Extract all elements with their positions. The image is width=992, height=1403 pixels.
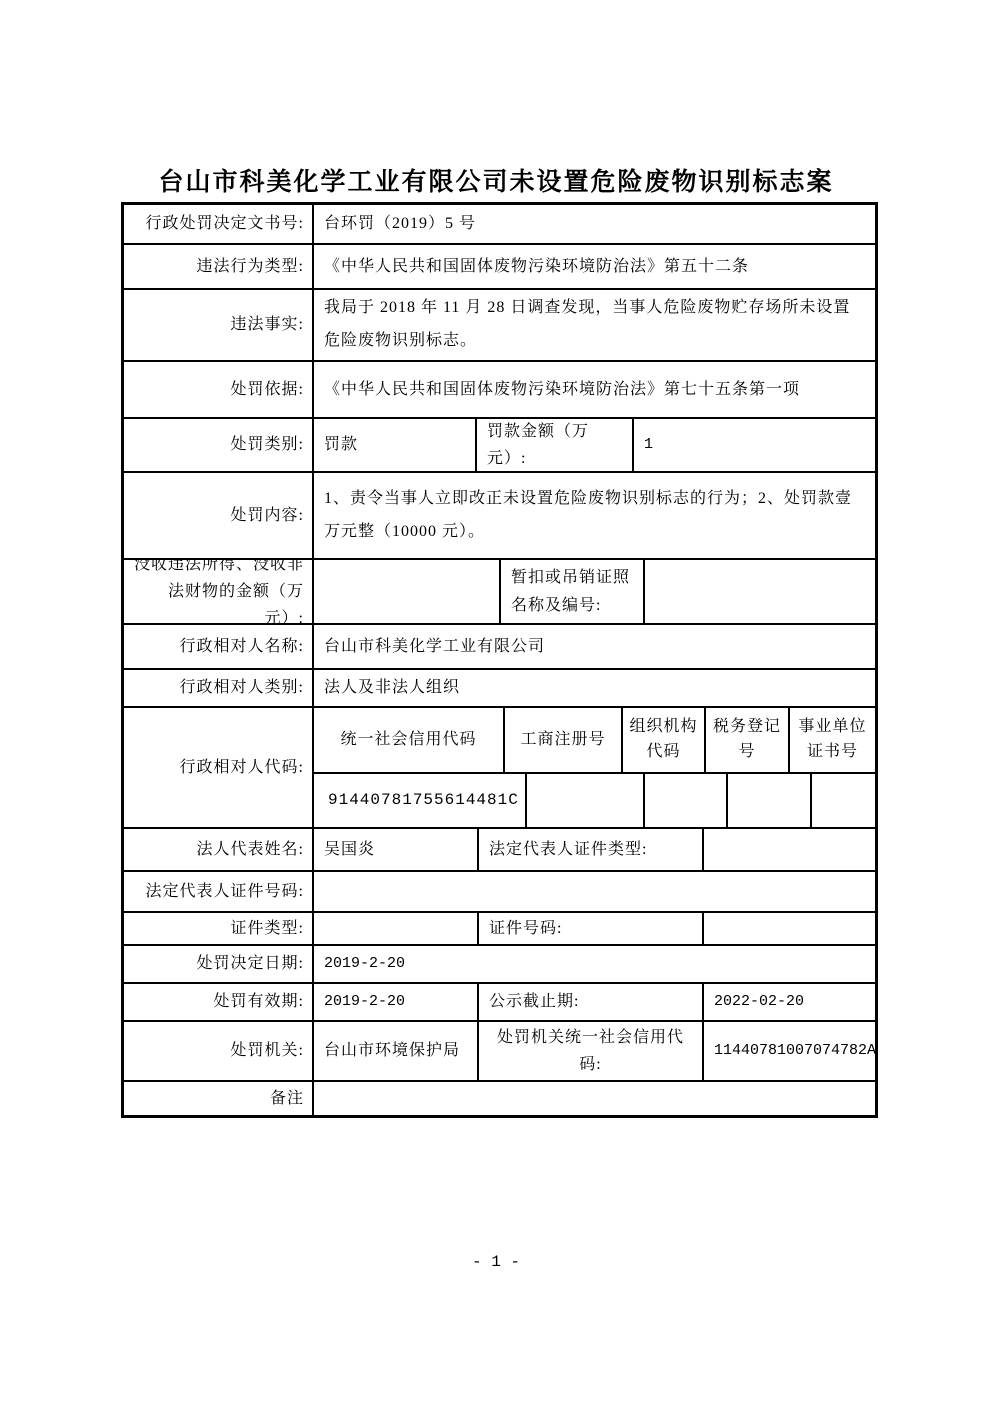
party-codes-values: 91440781755614481C	[314, 772, 875, 827]
institution-cert-no-value	[810, 774, 875, 827]
page-title: 台山市科美化学工业有限公司未设置危险废物识别标志案	[0, 162, 992, 198]
validity-value: 2019-2-20	[312, 984, 477, 1020]
legal-rep-cert-no-label: 法定代表人证件号码:	[124, 872, 312, 911]
row-penalty-category: 处罚类别: 罚款 罚款金额（万元）: 1	[124, 417, 875, 471]
party-name-value: 台山市科美化学工业有限公司	[312, 625, 875, 668]
penalty-basis-value: 《中华人民共和国固体废物污染环境防治法》第七十五条第一项	[312, 362, 875, 417]
party-codes-header: 统一社会信用代码 工商注册号 组织机构代码 税务登记号 事业单位证书号	[314, 708, 875, 772]
row-confiscation: 没收违法所得、没收非法财物的金额（万元）: 暂扣或吊销证照名称及编号:	[124, 558, 875, 623]
org-code-value	[643, 774, 726, 827]
row-doc-no: 行政处罚决定文书号: 台环罚（2019）5 号	[124, 205, 875, 243]
col-tax-reg-no: 税务登记号	[704, 708, 788, 772]
publicity-deadline-label: 公示截止期:	[477, 984, 702, 1020]
publicity-deadline-value: 2022-02-20	[702, 984, 875, 1020]
penalty-category-value: 罚款	[312, 419, 475, 471]
row-violation-type: 违法行为类型: 《中华人民共和国固体废物污染环境防治法》第五十二条	[124, 243, 875, 288]
row-party-name: 行政相对人名称: 台山市科美化学工业有限公司	[124, 623, 875, 668]
row-authority: 处罚机关: 台山市环境保护局 处罚机关统一社会信用代码: 11440781007…	[124, 1020, 875, 1080]
legal-rep-cert-type-value	[702, 829, 875, 870]
authority-credit-code-label: 处罚机关统一社会信用代码:	[477, 1022, 702, 1080]
legal-rep-name-label: 法人代表姓名:	[124, 829, 312, 870]
violation-type-label: 违法行为类型:	[124, 245, 312, 288]
row-decision-date: 处罚决定日期: 2019-2-20	[124, 944, 875, 982]
fine-amount-value: 1	[632, 419, 875, 471]
authority-label: 处罚机关:	[124, 1022, 312, 1080]
validity-label: 处罚有效期:	[124, 984, 312, 1020]
remarks-value	[312, 1082, 875, 1115]
col-org-code: 组织机构代码	[621, 708, 704, 772]
row-remarks: 备注	[124, 1080, 875, 1115]
cert-type-label: 证件类型:	[124, 913, 312, 944]
fine-amount-label: 罚款金额（万元）:	[475, 419, 632, 471]
doc-no-value: 台环罚（2019）5 号	[312, 205, 875, 243]
legal-rep-name-value: 吴国炎	[312, 829, 477, 870]
license-revoke-label: 暂扣或吊销证照名称及编号:	[499, 560, 643, 623]
penalty-content-label: 处罚内容:	[124, 473, 312, 558]
confiscation-label: 没收违法所得、没收非法财物的金额（万元）:	[124, 560, 312, 623]
business-reg-no-value	[525, 774, 643, 827]
authority-credit-code-value: 11440781007074782A	[702, 1022, 875, 1080]
row-legal-rep: 法人代表姓名: 吴国炎 法定代表人证件类型:	[124, 827, 875, 870]
row-party-codes: 行政相对人代码: 统一社会信用代码 工商注册号 组织机构代码 税务登记号 事业单…	[124, 706, 875, 827]
row-penalty-basis: 处罚依据: 《中华人民共和国固体废物污染环境防治法》第七十五条第一项	[124, 360, 875, 417]
legal-rep-cert-no-value	[312, 872, 875, 911]
violation-type-value: 《中华人民共和国固体废物污染环境防治法》第五十二条	[312, 245, 875, 288]
license-revoke-value	[643, 560, 875, 623]
row-violation-fact: 违法事实: 我局于 2018 年 11 月 28 日调查发现，当事人危险废物贮存…	[124, 288, 875, 360]
party-codes-subtable: 统一社会信用代码 工商注册号 组织机构代码 税务登记号 事业单位证书号 9144…	[312, 708, 875, 827]
cert-no-value	[702, 913, 875, 944]
party-category-value: 法人及非法人组织	[312, 670, 875, 706]
party-name-label: 行政相对人名称:	[124, 625, 312, 668]
cert-no-label: 证件号码:	[477, 913, 702, 944]
party-codes-label: 行政相对人代码:	[124, 708, 312, 827]
doc-no-label: 行政处罚决定文书号:	[124, 205, 312, 243]
authority-value: 台山市环境保护局	[312, 1022, 477, 1080]
row-legal-rep-cert-no: 法定代表人证件号码:	[124, 870, 875, 911]
confiscation-value	[312, 560, 499, 623]
row-party-category: 行政相对人类别: 法人及非法人组织	[124, 668, 875, 706]
cert-type-value	[312, 913, 477, 944]
decision-date-label: 处罚决定日期:	[124, 946, 312, 982]
col-business-reg-no: 工商注册号	[503, 708, 621, 772]
penalty-category-label: 处罚类别:	[124, 419, 312, 471]
violation-fact-value: 我局于 2018 年 11 月 28 日调查发现，当事人危险废物贮存场所未设置危…	[312, 290, 875, 360]
decision-date-value: 2019-2-20	[312, 946, 875, 982]
row-validity: 处罚有效期: 2019-2-20 公示截止期: 2022-02-20	[124, 982, 875, 1020]
document-page: 台山市科美化学工业有限公司未设置危险废物识别标志案 行政处罚决定文书号: 台环罚…	[0, 0, 992, 1403]
remarks-label: 备注	[124, 1082, 312, 1115]
tax-reg-no-value	[726, 774, 810, 827]
page-number: - 1 -	[0, 1253, 992, 1271]
penalty-basis-label: 处罚依据:	[124, 362, 312, 417]
col-credit-code: 统一社会信用代码	[314, 708, 503, 772]
row-penalty-content: 处罚内容: 1、责令当事人立即改正未设置危险废物识别标志的行为；2、处罚款壹万元…	[124, 471, 875, 558]
penalty-content-value: 1、责令当事人立即改正未设置危险废物识别标志的行为；2、处罚款壹万元整（1000…	[312, 473, 875, 558]
col-institution-cert-no: 事业单位证书号	[788, 708, 875, 772]
row-cert-type: 证件类型: 证件号码:	[124, 911, 875, 944]
penalty-table: 行政处罚决定文书号: 台环罚（2019）5 号 违法行为类型: 《中华人民共和国…	[121, 202, 878, 1118]
party-category-label: 行政相对人类别:	[124, 670, 312, 706]
legal-rep-cert-type-label: 法定代表人证件类型:	[477, 829, 702, 870]
violation-fact-label: 违法事实:	[124, 290, 312, 360]
credit-code-value: 91440781755614481C	[314, 774, 525, 827]
